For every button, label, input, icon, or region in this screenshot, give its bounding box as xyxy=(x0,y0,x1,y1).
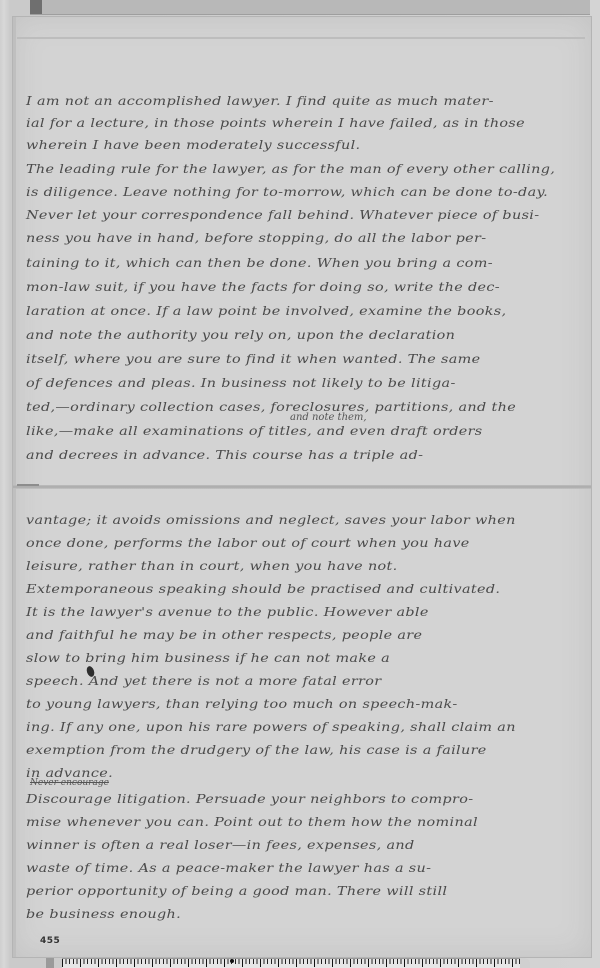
text-line: Discourage litigation. Persuade your nei… xyxy=(26,788,473,810)
text-line: ial for a lecture, in those points where… xyxy=(26,112,525,134)
text-line: of defences and pleas. In business not l… xyxy=(26,372,456,394)
text-line: taining to it, which can then be done. W… xyxy=(26,252,493,274)
text-line: vantage; it avoids omissions and neglect… xyxy=(26,509,516,531)
measurement-ruler xyxy=(62,958,520,968)
text-line: mise whenever you can. Point out to them… xyxy=(26,811,478,833)
text-line: waste of time. As a peace-maker the lawy… xyxy=(26,857,431,879)
text-line: leisure, rather than in court, when you … xyxy=(26,555,398,577)
back-sheet-edge xyxy=(30,0,590,15)
manuscript-scan: I am not an accomplished lawyer. I find … xyxy=(0,0,600,968)
text-line: mon-law suit, if you have the facts for … xyxy=(26,276,500,298)
text-line: like,—make all examinations of titles, a… xyxy=(26,420,483,442)
text-line: Extemporaneous speaking should be practi… xyxy=(26,578,500,600)
text-line: wherein I have been moderately successfu… xyxy=(26,134,360,156)
text-line: be business enough. xyxy=(26,903,181,925)
text-line: exemption from the drudgery of the law, … xyxy=(26,739,487,761)
text-line: itself, where you are sure to find it wh… xyxy=(26,348,480,370)
text-line: ted,—ordinary collection cases, foreclos… xyxy=(26,396,516,418)
interlinear-insertion: and note them, xyxy=(290,412,367,423)
text-line: perior opportunity of being a good man. … xyxy=(26,880,447,902)
ruler-end xyxy=(520,958,530,968)
page-top-crease xyxy=(17,37,585,39)
fold-mark xyxy=(17,484,39,486)
text-line: winner is often a real loser—in fees, ex… xyxy=(26,834,415,856)
text-line: speech. And yet there is not a more fata… xyxy=(26,670,381,692)
struck-word: Never encourage xyxy=(30,778,109,788)
ruler-major-ticks xyxy=(62,959,520,967)
page-fold-crease xyxy=(13,485,591,489)
ruler-post xyxy=(46,958,54,968)
text-line: ness you have in hand, before stopping, … xyxy=(26,227,486,249)
text-line: I am not an accomplished lawyer. I find … xyxy=(26,90,494,112)
text-line: slow to bring him business if he can not… xyxy=(26,647,390,669)
folio-number: 455 xyxy=(40,936,60,946)
text-line: ing. If any one, upon his rare powers of… xyxy=(26,716,516,738)
text-line: to young lawyers, than relying too much … xyxy=(26,693,458,715)
text-line: once done, performs the labor out of cou… xyxy=(26,532,470,554)
text-line: and decrees in advance. This course has … xyxy=(26,444,423,466)
text-line: The leading rule for the lawyer, as for … xyxy=(26,158,555,180)
text-line: and faithful he may be in other respects… xyxy=(26,624,422,646)
text-line: It is the lawyer's avenue to the public.… xyxy=(26,601,429,623)
text-line: laration at once. If a law point be invo… xyxy=(26,300,506,322)
text-line: is diligence. Leave nothing for to-morro… xyxy=(26,181,548,203)
back-sheet-tab xyxy=(30,0,42,14)
text-line: and note the authority you rely on, upon… xyxy=(26,324,455,346)
text-line: Never let your correspondence fall behin… xyxy=(26,204,539,226)
ruler-dot xyxy=(230,959,234,963)
